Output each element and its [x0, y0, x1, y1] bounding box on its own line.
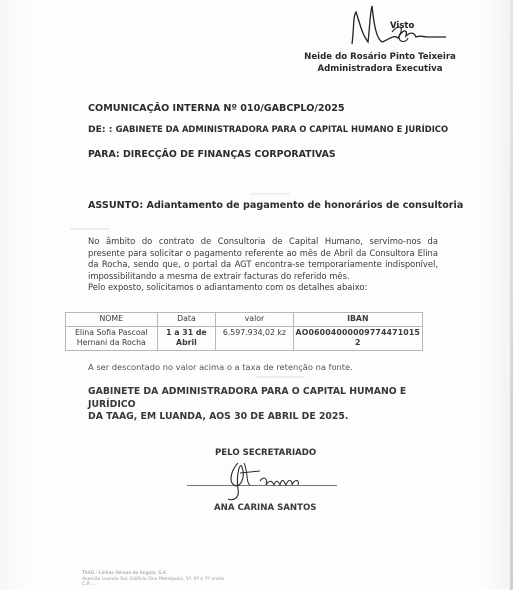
header-nome: NOME	[66, 313, 158, 327]
approval-stamp: Visto	[358, 2, 513, 52]
to-line: PARA: DIRECÇÃO DE FINANÇAS CORPORATIVAS	[88, 149, 336, 160]
subject-label: ASSUNTO:	[88, 200, 143, 211]
document-page: Visto Neide do Rosário Pinto Teixeira Ad…	[0, 0, 513, 590]
approver-role: Administradora Executiva	[290, 64, 470, 74]
header-valor: valor	[216, 313, 293, 327]
subject-value: Adiantamento de pagamento de honorários …	[147, 200, 464, 211]
body-paragraph-1: No âmbito do contrato de Consultoria de …	[88, 236, 438, 282]
table-header-row: NOME Data valor IBAN	[66, 313, 423, 327]
withholding-note: A ser descontado no valor acima o a taxa…	[88, 362, 353, 372]
footer-address: Avenida Luanda Sul, Edifício One Metrópo…	[82, 577, 225, 583]
cell-data: 1 a 31 de Abril	[157, 326, 216, 350]
header-data: Data	[157, 313, 216, 327]
closing-line-2: DA TAAG, EM LUANDA, AOS 30 DE ABRIL DE 2…	[88, 411, 448, 424]
cell-valor: 6.597.934,02 kz	[216, 326, 293, 350]
payment-details-table: NOME Data valor IBAN Elina Sofia Pascoal…	[65, 312, 423, 351]
company-footer: TAAG - Linhas Aéreas de Angola, S.A. Ave…	[82, 571, 225, 588]
secretary-signature	[220, 455, 340, 505]
closing-line-1: GABINETE DA ADMINISTRADORA PARA O CAPITA…	[88, 386, 448, 411]
cell-nome: Elina Sofia Pascoal Hernani da Rocha	[66, 326, 158, 350]
closing-statement: GABINETE DA ADMINISTRADORA PARA O CAPITA…	[88, 386, 448, 424]
subject-line: ASSUNTO: Adiantamento de pagamento de ho…	[88, 200, 463, 211]
memo-body: No âmbito do contrato de Consultoria de …	[88, 236, 438, 294]
footer-extra: C.P. ...	[82, 582, 225, 588]
approver-name: Neide do Rosário Pinto Teixeira	[290, 52, 470, 62]
to-label: PARA:	[88, 149, 120, 160]
to-value: DIRECÇÃO DE FINANÇAS CORPORATIVAS	[123, 149, 336, 160]
from-label: DE: :	[88, 124, 112, 135]
memo-reference: COMUNICAÇÃO INTERNA Nº 010/GABCPLO/2025	[88, 103, 345, 114]
from-value: GABINETE DA ADMINISTRADORA PARA O CAPITA…	[116, 124, 448, 134]
signatory-name: ANA CARINA SANTOS	[214, 503, 316, 513]
from-line: DE: : GABINETE DA ADMINISTRADORA PARA O …	[88, 124, 448, 135]
table-row: Elina Sofia Pascoal Hernani da Rocha 1 a…	[66, 326, 423, 350]
cell-iban: AO06004000009774471015 2	[293, 326, 422, 350]
header-iban: IBAN	[293, 313, 422, 327]
visto-label: Visto	[390, 21, 414, 31]
body-paragraph-2: Pelo exposto, solicitamos o adiantamento…	[88, 282, 438, 294]
